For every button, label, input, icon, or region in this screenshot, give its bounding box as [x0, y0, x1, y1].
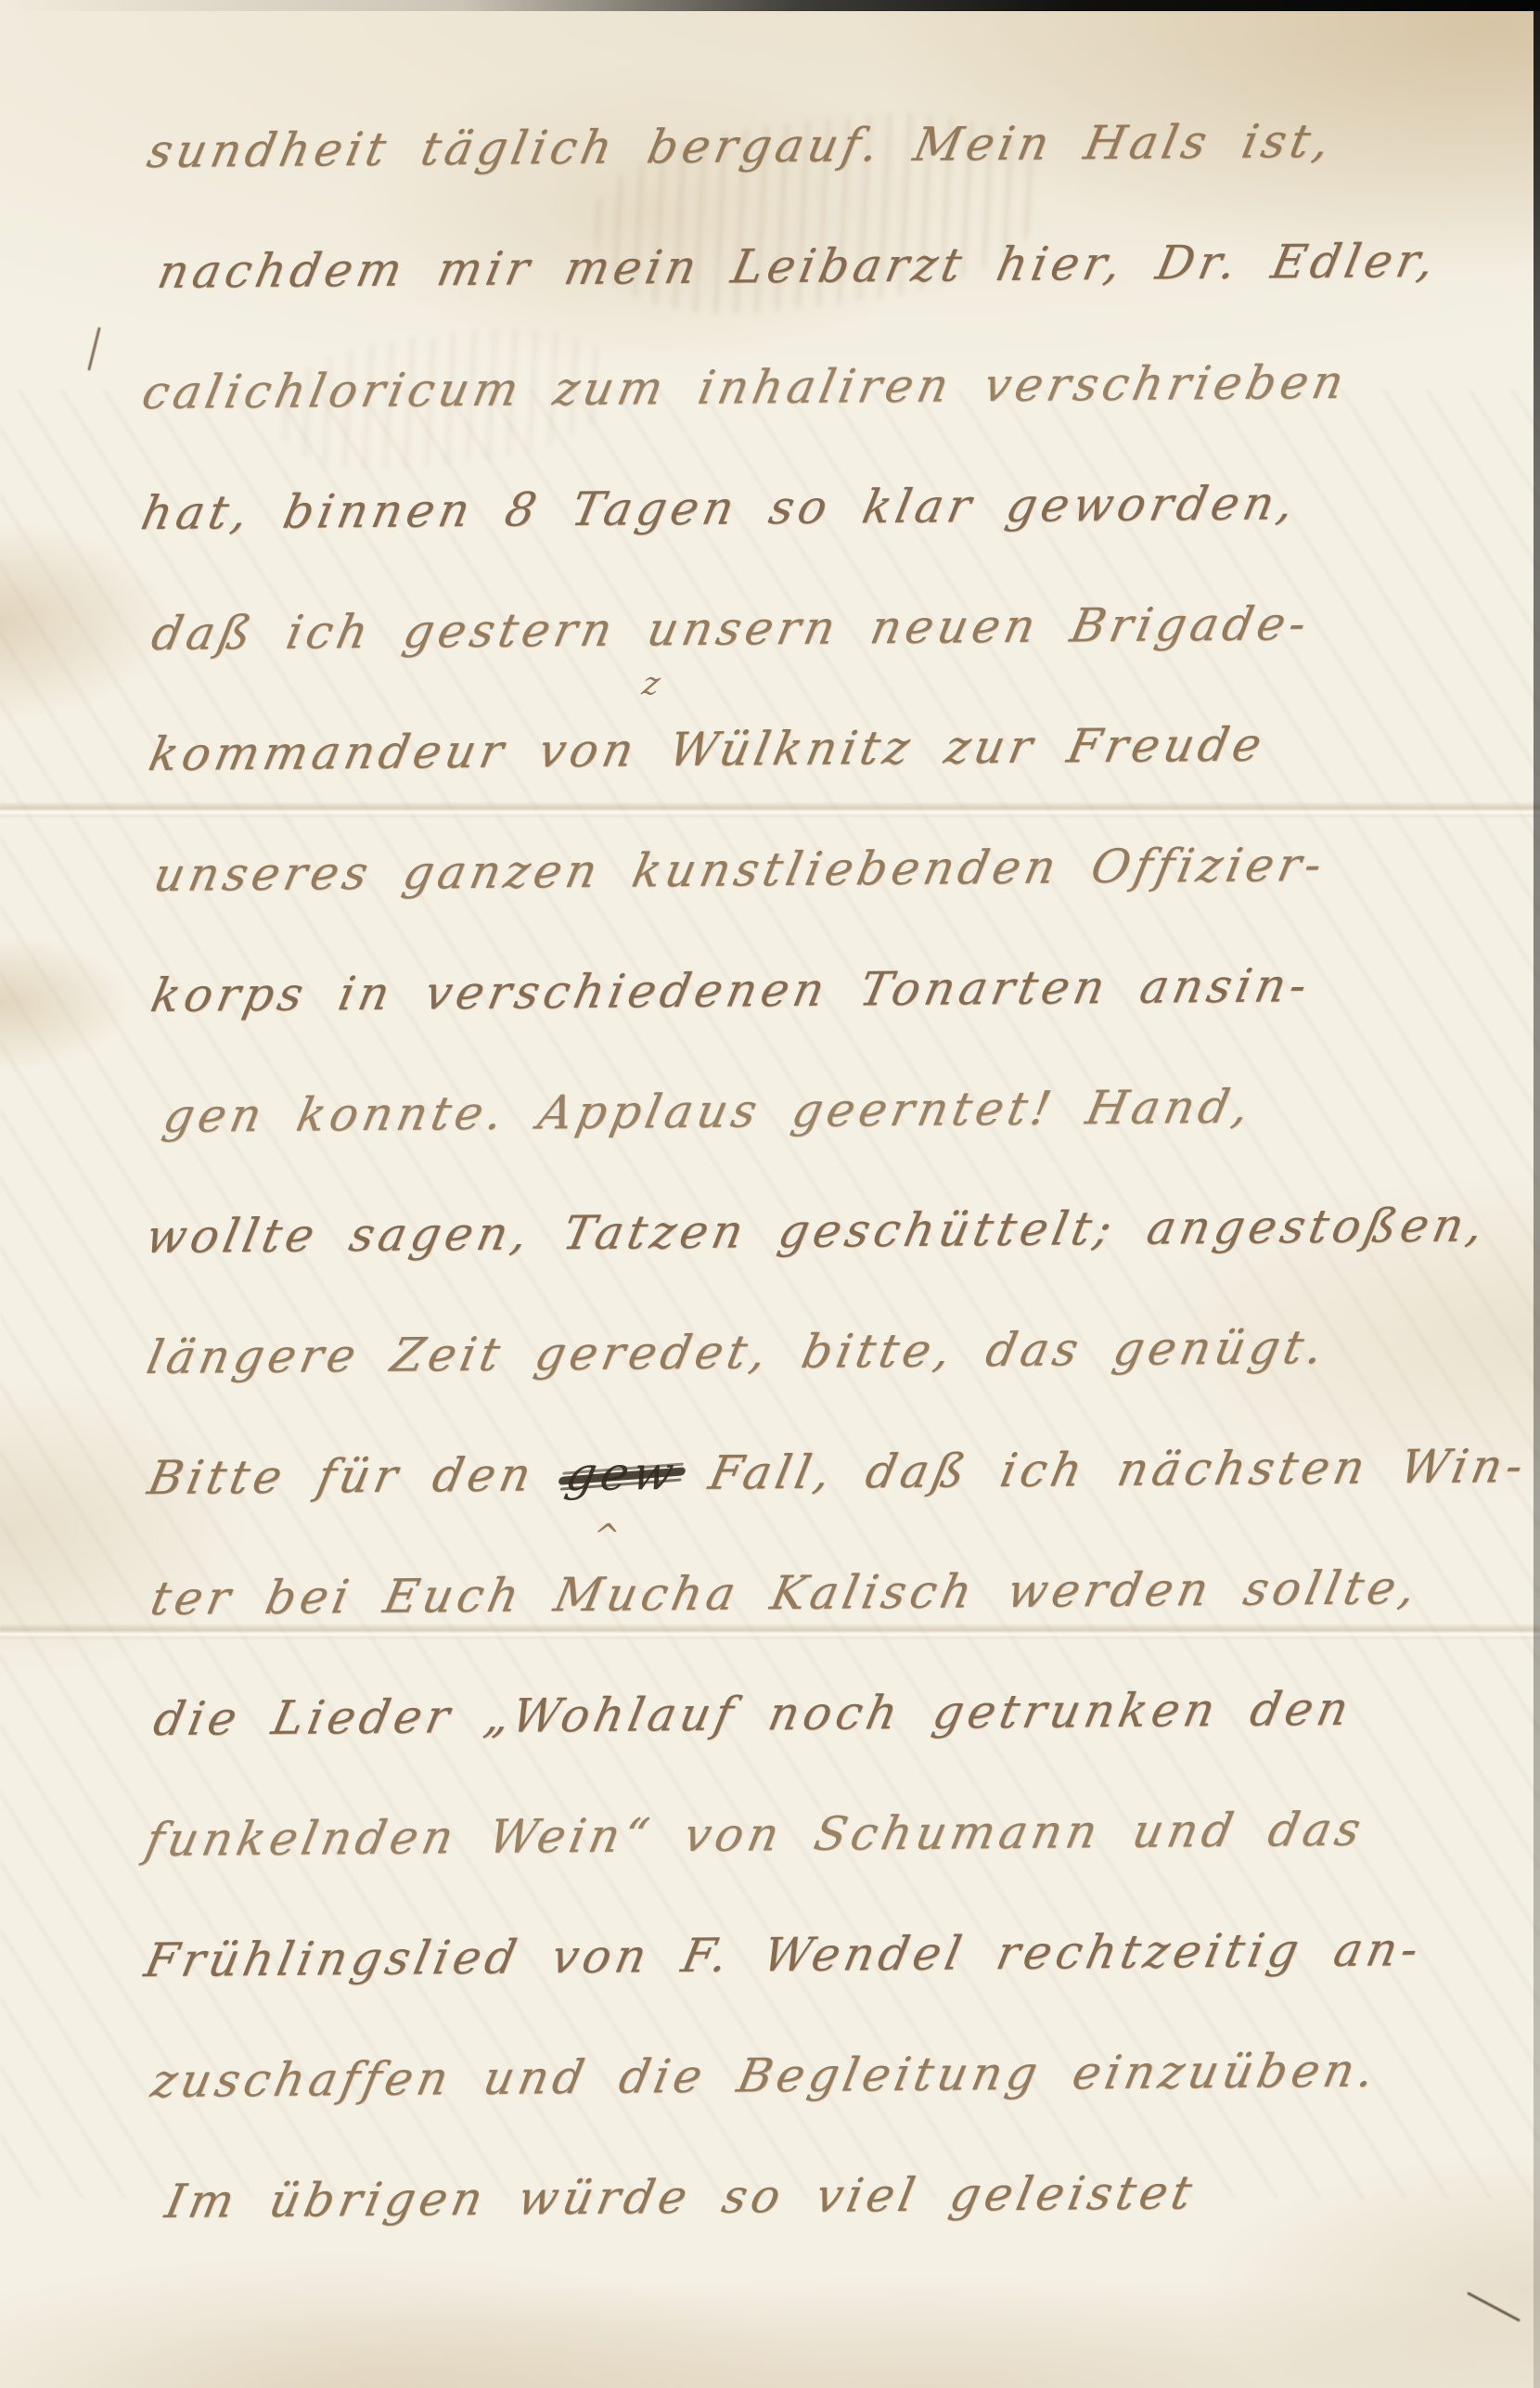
handwriting-line: zuschaffen und die Begleitung einzuüben.	[145, 2034, 1540, 2116]
line-text: sundheit täglich bergauf. Mein Hals ist,	[143, 114, 1339, 178]
insertion-mark: z	[639, 665, 663, 702]
line-text: korps in verschiedenen Tonarten ansin-	[147, 958, 1315, 1022]
handwriting-line: hat, binnen 8 Tagen so klar geworden,	[135, 466, 1540, 548]
line-text: calichloricum zum inhaliren verschrieben	[137, 355, 1353, 419]
handwriting-line: ter bei Euch Mucha Kalisch werden sollte…	[145, 1551, 1540, 1634]
line-text: die Lieder „Wohlauf noch getrunken den	[149, 1682, 1357, 1746]
line-text: funkelnden Wein“ von Schumann und das	[141, 1803, 1369, 1868]
handwriting-line: kommandeur von Wülknitz zur Freude	[143, 707, 1540, 790]
handwritten-text-block: sundheit täglich bergauf. Mein Hals ist,…	[0, 0, 1540, 2388]
handwriting-line: Frühlingslied von F. Wendel rechtzeitig …	[138, 1913, 1540, 1996]
line-text: zuschaffen und die Begleitung einzuüben.	[147, 2043, 1383, 2108]
handwriting-line: längere Zeit geredet, bitte, das genügt.	[141, 1310, 1540, 1393]
line-text: wollte sagen, Tatzen geschüttelt; angest…	[141, 1198, 1493, 1264]
handwriting-line: gen konnte. Applaus geerntet! Hand,	[157, 1069, 1540, 1151]
line-text: längere Zeit geredet, bitte, das genügt.	[142, 1320, 1332, 1384]
line-text: nachdem mir mein Leibarzt hier, Dr. Edle…	[153, 234, 1444, 299]
handwriting-line: calichloricum zum inhaliren verschrieben	[136, 345, 1540, 428]
line-text: kommandeur von Wülknitz zur Freude	[145, 717, 1271, 781]
line-text: gen konnte. Applaus geerntet! Hand,	[159, 1080, 1258, 1143]
handwriting-line: korps in verschiedenen Tonarten ansin-	[145, 948, 1540, 1031]
handwriting-line: nachdem mir mein Leibarzt hier, Dr. Edle…	[151, 225, 1540, 307]
line-text: unseres ganzen kunstliebenden Offizier-	[149, 838, 1331, 902]
handwriting-line: funkelnden Wein“ von Schumann und das	[139, 1792, 1540, 1875]
handwriting-line: die Lieder „Wohlauf noch getrunken den	[148, 1672, 1540, 1754]
handwriting-line: Im übrigen würde so viel geleistet	[160, 2154, 1540, 2237]
letter-page-scan: sundheit täglich bergauf. Mein Hals ist,…	[0, 0, 1540, 2388]
handwriting-line: Bitte für den gew Fall, daß ich nächsten…	[142, 1431, 1540, 1513]
struck-word: gew	[561, 1446, 683, 1501]
insertion-mark: ^	[589, 1518, 623, 1555]
line-text: ter bei Euch Mucha Kalisch werden sollte…	[147, 1560, 1425, 1625]
handwriting-line: sundheit täglich bergauf. Mein Hals ist,	[141, 104, 1540, 186]
handwriting-line: unseres ganzen kunstliebenden Offizier-	[148, 828, 1540, 910]
line-text: hat, binnen 8 Tagen so klar geworden,	[137, 476, 1303, 540]
line-text: daß ich gestern unsern neuen Brigade-	[148, 597, 1315, 661]
line-text: Im übrigen würde so viel geleistet	[160, 2165, 1200, 2228]
line-text: Bitte für den	[144, 1447, 572, 1505]
handwriting-line: wollte sagen, Tatzen geschüttelt; angest…	[139, 1189, 1540, 1272]
line-text: Frühlingslied von F. Wendel rechtzeitig …	[140, 1922, 1427, 1987]
handwriting-line: daß ich gestern unsern neuen Brigade-	[146, 586, 1540, 669]
line-text: Fall, daß ich nächsten Win-	[673, 1439, 1533, 1500]
